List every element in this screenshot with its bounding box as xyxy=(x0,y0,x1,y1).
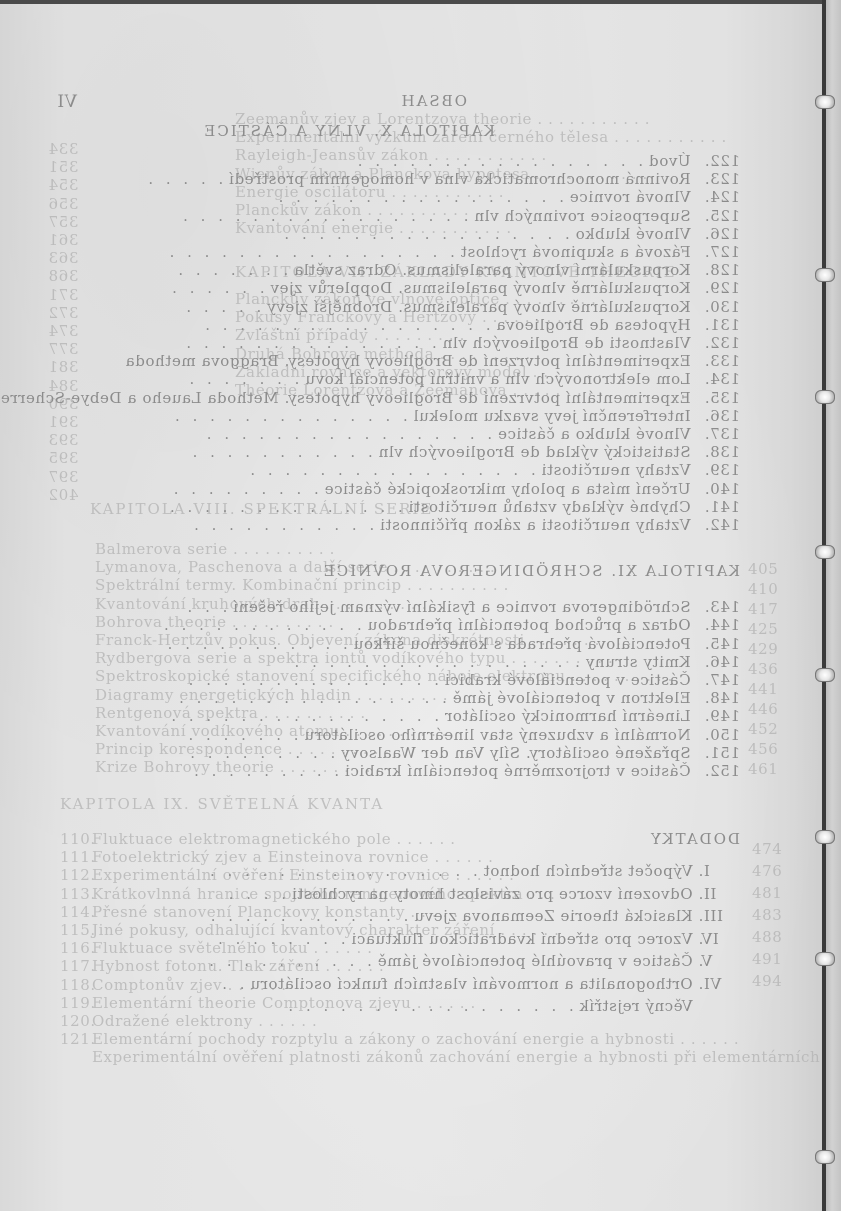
toc-entry: 137. Vlnové klubko a částice . . . . . .… xyxy=(203,425,740,443)
entry-number: 131. xyxy=(696,316,740,334)
entry-number: 125. xyxy=(696,207,740,225)
leader-dots: . . . . . . . . . . . xyxy=(189,443,373,461)
entry-number: II. xyxy=(698,885,732,903)
entry-number: 133. xyxy=(696,352,740,370)
leader-dots: . . . . . . . . . xyxy=(190,762,339,780)
toc-entry: 136. Interferenční jevy svazku molekul .… xyxy=(171,407,740,425)
toc-entry: 122. Úvod . . . . . . . . . . . . . . . … xyxy=(354,152,740,170)
leader-dots: . . . . . . . . xyxy=(214,930,346,948)
binding-stitch xyxy=(815,668,835,682)
toc-entry: 149. Lineární harmonický oscilátor . . .… xyxy=(167,707,740,725)
binding-stitch xyxy=(815,830,835,844)
entry-number: 134. xyxy=(696,370,740,388)
entry-title: Částice v potenciálové krabici xyxy=(439,671,696,689)
appendix-heading: DODATKY xyxy=(649,830,740,848)
leader-dots: . . . . . . xyxy=(168,279,264,297)
toc-entry: 152. Částice v trojrozměrné potenciální … xyxy=(190,762,740,780)
toc-entry: 145. Potenciálová přehrada s konečnou ší… xyxy=(164,635,740,653)
entry-title: Vztahy neurčitosti a zákon příčinnosti xyxy=(374,516,696,534)
entry-number: I. xyxy=(698,862,732,880)
toc-entry: V. Částice v pravoúhlé potenciálové jámě… xyxy=(205,952,732,970)
entry-title: Vztahy neurčitosti xyxy=(536,461,696,479)
binding-stitch xyxy=(815,268,835,282)
leader-dots: . . . . . . . . . . . . . . . . xyxy=(175,689,447,707)
binding-stitch xyxy=(815,390,835,404)
leader-dots: . . . . . . . . . . . . . . . . . xyxy=(354,152,643,170)
leader-dots: . . . . . . . . . . . . . . . . xyxy=(167,707,439,725)
entry-number: 135. xyxy=(696,389,740,407)
entry-title: Interferenční jevy svazku molekul xyxy=(408,407,696,425)
leader-dots: . . . . . . . . . . . . . . . . . xyxy=(246,461,535,479)
leader-dots: . . . . . . . . . . xyxy=(205,952,372,970)
entry-number: 148. xyxy=(696,689,740,707)
leader-dots: . . . . . . . xyxy=(174,261,288,279)
entry-number: 126. xyxy=(696,225,740,243)
toc-entry: VI. Orthogonalita a normování vlastních … xyxy=(218,975,732,993)
header-page-number: VI xyxy=(57,92,77,112)
entry-title: Statistický výklad de Broglieových vln xyxy=(373,443,696,461)
entry-number: 144. xyxy=(696,616,740,634)
entry-title: Fázová a skupinová rychlost xyxy=(455,243,696,261)
toc-entry: 150. Normální a vzbuzený stav lineárního… xyxy=(184,726,740,744)
leader-dots: . . . . . xyxy=(182,298,261,316)
entry-title: Superposice rovinných vln xyxy=(468,207,696,225)
toc-entry: 134. Lom elektronových vln a vnitřní pot… xyxy=(185,370,740,388)
leader-dots: . . . . xyxy=(225,885,286,903)
toc-entry: 143. Schrödingerova rovnice a fysikální … xyxy=(184,598,740,616)
leader-dots: . . . . . . . . . . . . . . xyxy=(171,407,408,425)
leader-dots: . . . . . xyxy=(144,170,223,188)
leader-dots: . . . . . . . . . . . . . . . xyxy=(185,671,439,689)
entry-title: Vlnová rovnice xyxy=(564,188,696,206)
entry-number: 122. xyxy=(696,152,740,170)
entry-title: Hypotesa de Broglieova xyxy=(491,316,696,334)
leader-dots: . . . . . . . xyxy=(184,726,298,744)
toc-entry: 148. Elektron v potenciálové jámě . . . … xyxy=(175,689,740,707)
leader-dots: . . . . . . . . . . . . . . . xyxy=(182,334,436,352)
entry-title: Částice v pravoúhlé potenciálové jámě xyxy=(372,952,698,970)
entry-title: Korpuskulární vlnový paralelismus. Odraz… xyxy=(288,261,696,279)
toc-entry: 139. Vztahy neurčitosti . . . . . . . . … xyxy=(246,461,740,479)
toc-entry: 126. Vlnové klubko . . . . . . . . . . .… xyxy=(280,225,740,243)
leader-dots: . . . . . . . . . . . xyxy=(190,516,374,534)
chapter-heading: KAPITOLA X. VLNY A ČÁSTICE xyxy=(202,122,495,140)
toc-entry: 151. Spřažené oscilátory. Síly Van der W… xyxy=(186,744,740,762)
entry-number: 128. xyxy=(696,261,740,279)
binding-stitch xyxy=(815,95,835,109)
toc-entry: 130. Korpuskulárně vlnový paralelismus. … xyxy=(182,298,740,316)
entry-title: Určení místa a polohy mikroskopické část… xyxy=(319,480,696,498)
leader-dots: . . . xyxy=(184,598,228,616)
entry-number: 146. xyxy=(696,653,740,671)
entry-number: 136. xyxy=(696,407,740,425)
mirrored-table-of-contents: VI OBSAH KAPITOLA X. VLNY A ČÁSTICE122. … xyxy=(0,0,822,1211)
entry-title: Vlastnosti de Broglieových vln xyxy=(437,334,696,352)
entry-title: Schrödingerova rovnice a fysikální význa… xyxy=(227,598,696,616)
entry-number: 139. xyxy=(696,461,740,479)
leader-dots: . . . . . . . . . . . . . . . . . xyxy=(179,207,468,225)
leader-dots: . . . . . . . . . . . . . . . . xyxy=(206,862,478,880)
toc-entry: 131. Hypotesa de Broglieova . . . . . . … xyxy=(201,316,740,334)
leader-dots: . . . . . . . . . . . . . . . . . xyxy=(166,243,455,261)
entry-number: 124. xyxy=(696,188,740,206)
entry-title: Chybné výklady vztahů neurčitosti xyxy=(403,498,696,516)
entry-number: 132. xyxy=(696,334,740,352)
toc-entry: II. Odvození vzorce pro závislost hmoty … xyxy=(225,885,732,903)
toc-entry: 128. Korpuskulární vlnový paralelismus. … xyxy=(174,261,740,279)
toc-entry: 127. Fázová a skupinová rychlost . . . .… xyxy=(166,243,740,261)
leader-dots: . . . . . . . . . . . . . . . . . xyxy=(275,188,564,206)
entry-number: 127. xyxy=(696,243,740,261)
toc-entry: IV. Vzorec pro střední kvadratickou fluk… xyxy=(214,930,732,948)
entry-number: 137. xyxy=(696,425,740,443)
entry-number: 138. xyxy=(696,443,740,461)
entry-title: Výpočet středních hodnot xyxy=(478,862,698,880)
toc-entry: 138. Statistický výklad de Broglieových … xyxy=(189,443,740,461)
entry-title: Rovinná monochromatická vlna v homogenní… xyxy=(223,170,696,188)
entry-title: Experimentální potvrzení de Broglieovy h… xyxy=(125,352,696,370)
toc-entry: 125. Superposice rovinných vln . . . . .… xyxy=(179,207,740,225)
toc-entry: 142. Vztahy neurčitosti a zákon příčinno… xyxy=(190,516,740,534)
entry-number: 142. xyxy=(696,516,740,534)
leader-dots: . . . . . . . . . . . . . . . . . xyxy=(203,425,492,443)
entry-title: Korpuskulárně vlnový paralelismus. Doppl… xyxy=(265,279,696,297)
toc-entry: Věcný rejstřík . . . . . . . . . . . . .… xyxy=(284,997,732,1015)
entry-number: 130. xyxy=(696,298,740,316)
toc-entry: 123. Rovinná monochromatická vlna v homo… xyxy=(144,170,740,188)
leader-dots: . . . . . . . xyxy=(185,370,299,388)
toc-entry: I. Výpočet středních hodnot . . . . . . … xyxy=(206,862,732,880)
chapter-heading: KAPITOLA XI. SCHRÖDINGEROVA ROVNICE xyxy=(322,562,740,580)
leader-dots: . . . . . . . . . . . . . . . . . xyxy=(284,997,573,1015)
entry-title: Lineární harmonický oscilátor xyxy=(439,707,696,725)
toc-entry: 141. Chybné výklady vztahů neurčitosti .… xyxy=(166,498,740,516)
entry-title: Vlnové klubko xyxy=(570,225,696,243)
entry-number: 140. xyxy=(696,480,740,498)
entry-title: Orthogonalita a normování vlastních funk… xyxy=(245,975,698,993)
header-title: OBSAH xyxy=(399,92,467,110)
leader-dots: . . . . . . . . . . . . . . . . . xyxy=(291,653,580,671)
entry-title: Odraz a průchod potenciální přehradou xyxy=(362,616,696,634)
entry-number: III. xyxy=(698,907,732,925)
entry-number: IV. xyxy=(698,930,732,948)
entry-title: Korpuskulárně vlnový paralelismus. Drobn… xyxy=(261,298,696,316)
entry-title: Spřažené oscilátory. Síly Van der Waalso… xyxy=(335,744,696,762)
entry-title: Vzorec pro střední kvadratickou fluktuac… xyxy=(346,930,698,948)
toc-entry: 140. Určení místa a polohy mikroskopické… xyxy=(170,480,740,498)
toc-entry: 129. Korpuskulárně vlnový paralelismus. … xyxy=(168,279,740,297)
leader-dots: . . . . . . . . . . . xyxy=(164,635,348,653)
entry-number: 123. xyxy=(696,170,740,188)
leader-dots: . . . . . . . . . . . . xyxy=(207,907,409,925)
entry-number: 129. xyxy=(696,279,740,297)
entry-number: 147. xyxy=(696,671,740,689)
entry-title: Normální a vzbuzený stav lineárního osci… xyxy=(298,726,696,744)
leader-dots: . . xyxy=(218,975,244,993)
leader-dots: . . . . . . . . . . . . xyxy=(160,616,362,634)
entry-title: Kmity struny xyxy=(580,653,696,671)
entry-title: Odvození vzorce pro závislost hmoty na r… xyxy=(286,885,698,903)
leader-dots: . . . . . . . . . . . . . . . . . xyxy=(201,316,490,334)
toc-entry: 124. Vlnová rovnice . . . . . . . . . . … xyxy=(275,188,740,206)
entry-number: V. xyxy=(698,952,732,970)
entry-title: Úvod xyxy=(643,152,696,170)
binding-stitch xyxy=(815,952,835,966)
toc-entry: 133. Experimentální potvrzení de Broglie… xyxy=(125,352,740,370)
entry-number: 149. xyxy=(696,707,740,725)
entry-number: 150. xyxy=(696,726,740,744)
leader-dots: . . . . . . . . . . . . . . . . . xyxy=(280,225,569,243)
toc-entry: 132. Vlastnosti de Broglieových vln . . … xyxy=(182,334,740,352)
entry-title: Klasická theorie Zeemanova zjevu xyxy=(408,907,698,925)
entry-number: 143. xyxy=(696,598,740,616)
entry-number: 141. xyxy=(696,498,740,516)
entry-number: 151. xyxy=(696,744,740,762)
entry-title: Částice v trojrozměrné potenciální krabi… xyxy=(339,762,696,780)
leader-dots: . . . . . . . . . . . . . . xyxy=(166,498,403,516)
toc-entry: 147. Částice v potenciálové krabici . . … xyxy=(185,671,740,689)
toc-entry: III. Klasická theorie Zeemanova zjevu . … xyxy=(207,907,732,925)
toc-entry: 144. Odraz a průchod potenciální přehrad… xyxy=(160,616,740,634)
entry-number: 152. xyxy=(696,762,740,780)
toc-entry: 146. Kmity struny . . . . . . . . . . . … xyxy=(291,653,740,671)
toc-entry: 135. Experimentální potvrzení de Broglie… xyxy=(0,389,740,407)
entry-title: Potenciálová přehrada s konečnou šířkou xyxy=(348,635,696,653)
entry-title: Věcný rejstřík xyxy=(574,997,698,1015)
entry-title: Vlnové klubko a částice xyxy=(492,425,696,443)
binding-stitch xyxy=(815,1150,835,1164)
entry-title: Lom elektronových vln a vnitřní potenciá… xyxy=(299,370,696,388)
entry-title: Experimentální potvrzení de Broglieovy h… xyxy=(0,389,696,407)
entry-number: 145. xyxy=(696,635,740,653)
leader-dots: . . . . . . . . . xyxy=(186,744,335,762)
binding-stitch xyxy=(815,545,835,559)
entry-title: Elektron v potenciálové jámě xyxy=(447,689,696,707)
leader-dots: . . . . . . . . . xyxy=(170,480,319,498)
entry-number: VI. xyxy=(698,975,732,993)
binding-edge xyxy=(826,0,841,1211)
